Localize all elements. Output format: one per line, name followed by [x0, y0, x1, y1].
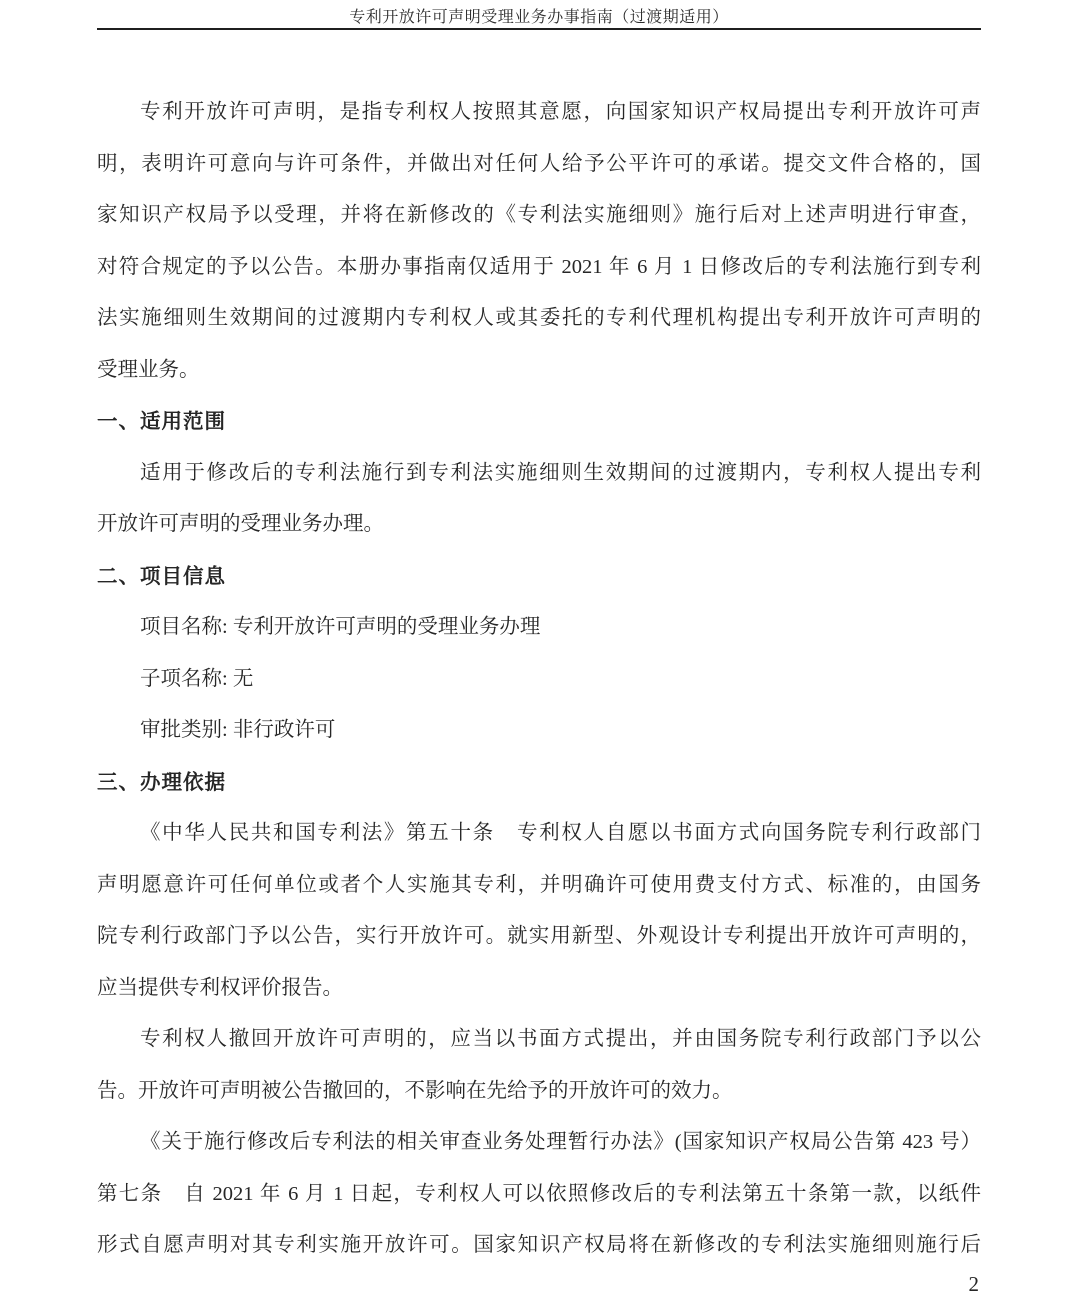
page-header-title: 专利开放许可声明受理业务办事指南（过渡期适用） — [97, 0, 981, 26]
header-rule — [97, 28, 981, 30]
section-heading: 一、适用范围 — [97, 396, 981, 448]
text-line: 第七条 自 2021 年 6 月 1 日起，专利权人可以依照修改后的专利法第五十… — [97, 1169, 981, 1221]
text-line: 开放许可声明的受理业务办理。 — [97, 499, 981, 551]
text-line: 家知识产权局予以受理，并将在新修改的《专利法实施细则》施行后对上述声明进行审查， — [97, 190, 981, 242]
text-line: 适用于修改后的专利法施行到专利法实施细则生效期间的过渡期内，专利权人提出专利 — [97, 448, 981, 500]
text-line: 《关于施行修改后专利法的相关审查业务处理暂行办法》(国家知识产权局公告第 423… — [97, 1117, 981, 1169]
document-body: 专利开放许可声明，是指专利权人按照其意愿，向国家知识产权局提出专利开放许可声明，… — [97, 87, 981, 1272]
text-line: 告。开放许可声明被公告撤回的，不影响在先给予的开放许可的效力。 — [97, 1066, 981, 1118]
section-heading: 二、项目信息 — [97, 551, 981, 603]
text-line: 《中华人民共和国专利法》第五十条 专利权人自愿以书面方式向国务院专利行政部门 — [97, 808, 981, 860]
page-number: 2 — [97, 1272, 981, 1296]
text-line: 专利权人撤回开放许可声明的，应当以书面方式提出，并由国务院专利行政部门予以公 — [97, 1014, 981, 1066]
page-footer: 2 — [97, 1272, 981, 1296]
text-line: 法实施细则生效期间的过渡期内专利权人或其委托的专利代理机构提出专利开放许可声明的 — [97, 293, 981, 345]
page-header: 专利开放许可声明受理业务办事指南（过渡期适用） — [97, 0, 981, 30]
text-line: 应当提供专利权评价报告。 — [97, 963, 981, 1015]
text-line: 子项名称: 无 — [97, 654, 981, 706]
text-line: 声明愿意许可任何单位或者个人实施其专利，并明确许可使用费支付方式、标准的，由国务 — [97, 860, 981, 912]
text-line: 项目名称: 专利开放许可声明的受理业务办理 — [97, 602, 981, 654]
text-line: 院专利行政部门予以公告，实行开放许可。就实用新型、外观设计专利提出开放许可声明的… — [97, 911, 981, 963]
text-line: 受理业务。 — [97, 345, 981, 397]
document-page: 专利开放许可声明受理业务办事指南（过渡期适用） 专利开放许可声明，是指专利权人按… — [0, 0, 1080, 1310]
section-heading: 三、办理依据 — [97, 757, 981, 809]
text-line: 对符合规定的予以公告。本册办事指南仅适用于 2021 年 6 月 1 日修改后的… — [97, 242, 981, 294]
text-line: 形式自愿声明对其专利实施开放许可。国家知识产权局将在新修改的专利法实施细则施行后 — [97, 1220, 981, 1272]
text-line: 审批类别: 非行政许可 — [97, 705, 981, 757]
text-line: 明，表明许可意向与许可条件，并做出对任何人给予公平许可的承诺。提交文件合格的，国 — [97, 139, 981, 191]
text-line: 专利开放许可声明，是指专利权人按照其意愿，向国家知识产权局提出专利开放许可声 — [97, 87, 981, 139]
